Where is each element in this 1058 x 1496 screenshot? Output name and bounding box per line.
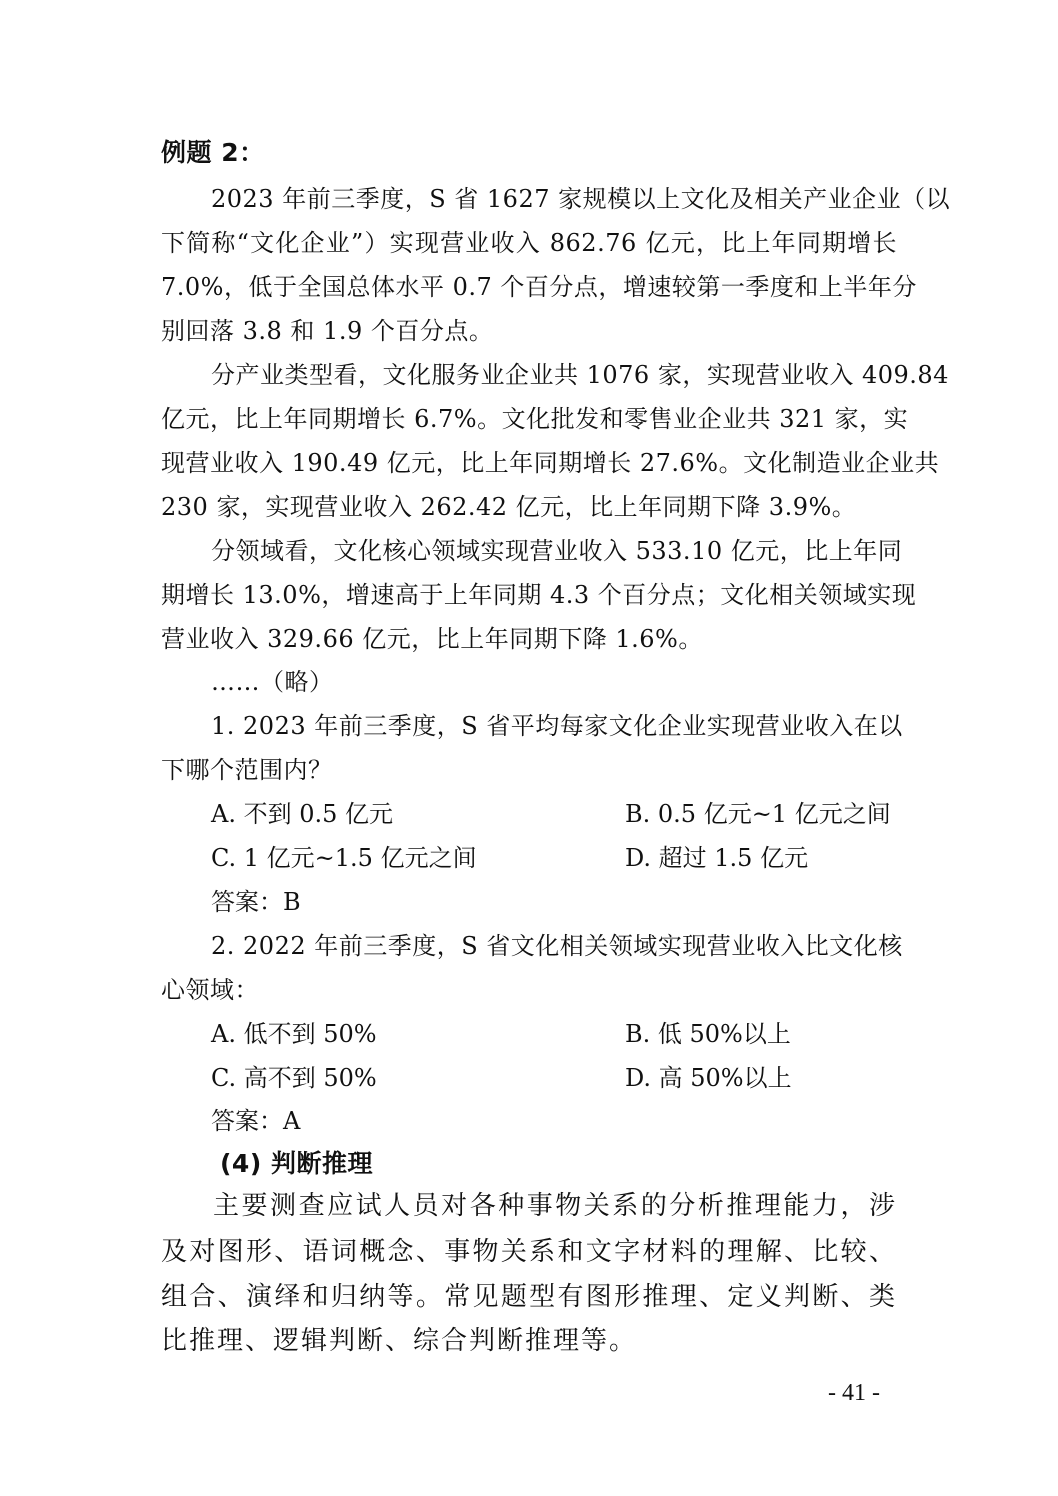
omitted-note: ……（略） <box>211 667 897 697</box>
question-2-option-c: C. 高不到 50% <box>211 1063 377 1093</box>
section-line: 比推理、逻辑判断、综合判断推理等。 <box>161 1324 897 1358</box>
question-2-option-a: A. 低不到 50% <box>211 1019 377 1049</box>
paragraph-line: 7.0%，低于全国总体水平 0.7 个百分点，增速较第一季度和上半年分 <box>161 272 897 302</box>
question-2-option-b: B. 低 50%以上 <box>625 1019 791 1049</box>
question-2-answer: 答案：A <box>211 1106 300 1136</box>
example-title: 例题 2： <box>161 138 897 168</box>
question-2-text: 2. 2022 年前三季度，S 省文化相关领域实现营业收入比文化核 <box>211 931 897 961</box>
paragraph-line: 分产业类型看，文化服务业企业共 1076 家，实现营业收入 409.84 <box>211 360 897 390</box>
section-heading: (4) 判断推理 <box>220 1149 956 1179</box>
paragraph-line: 期增长 13.0%，增速高于上年同期 4.3 个百分点；文化相关领域实现 <box>161 580 897 610</box>
paragraph-line: 亿元，比上年同期增长 6.7%。文化批发和零售业企业共 321 家，实 <box>161 404 897 434</box>
paragraph-line: 现营业收入 190.49 亿元，比上年同期增长 27.6%。文化制造业企业共 <box>161 448 897 478</box>
question-1-option-a: A. 不到 0.5 亿元 <box>211 799 393 829</box>
paragraph-line: 别回落 3.8 和 1.9 个百分点。 <box>161 316 897 346</box>
section-line: 及对图形、语词概念、事物关系和文字材料的理解、比较、 <box>161 1235 897 1269</box>
question-1-text: 下哪个范围内？ <box>161 755 897 785</box>
paragraph-line: 下简称“文化企业”）实现营业收入 862.76 亿元，比上年同期增长 <box>161 228 897 258</box>
paragraph-line: 营业收入 329.66 亿元，比上年同期下降 1.6%。 <box>161 624 897 654</box>
paragraph-line: 2023 年前三季度，S 省 1627 家规模以上文化及相关产业企业（以 <box>211 184 897 214</box>
question-2-option-d: D. 高 50%以上 <box>625 1063 792 1093</box>
question-1-answer: 答案：B <box>211 887 301 917</box>
section-line: 主要测查应试人员对各种事物关系的分析推理能力，涉 <box>213 1189 897 1223</box>
question-1-text: 1. 2023 年前三季度，S 省平均每家文化企业实现营业收入在以 <box>211 711 897 741</box>
question-1-option-d: D. 超过 1.5 亿元 <box>625 843 808 873</box>
question-1-option-b: B. 0.5 亿元~1 亿元之间 <box>625 799 891 829</box>
paragraph-line: 分领域看，文化核心领域实现营业收入 533.10 亿元，比上年同 <box>211 536 897 566</box>
document-page: 例题 2： 2023 年前三季度，S 省 1627 家规模以上文化及相关产业企业… <box>0 0 1058 1496</box>
section-line: 组合、演绎和归纳等。常见题型有图形推理、定义判断、类 <box>161 1280 897 1314</box>
question-1-option-c: C. 1 亿元~1.5 亿元之间 <box>211 843 477 873</box>
question-2-text: 心领域： <box>161 975 897 1005</box>
paragraph-line: 230 家，实现营业收入 262.42 亿元，比上年同期下降 3.9%。 <box>161 492 897 522</box>
page-number: - 41 - <box>828 1378 880 1408</box>
